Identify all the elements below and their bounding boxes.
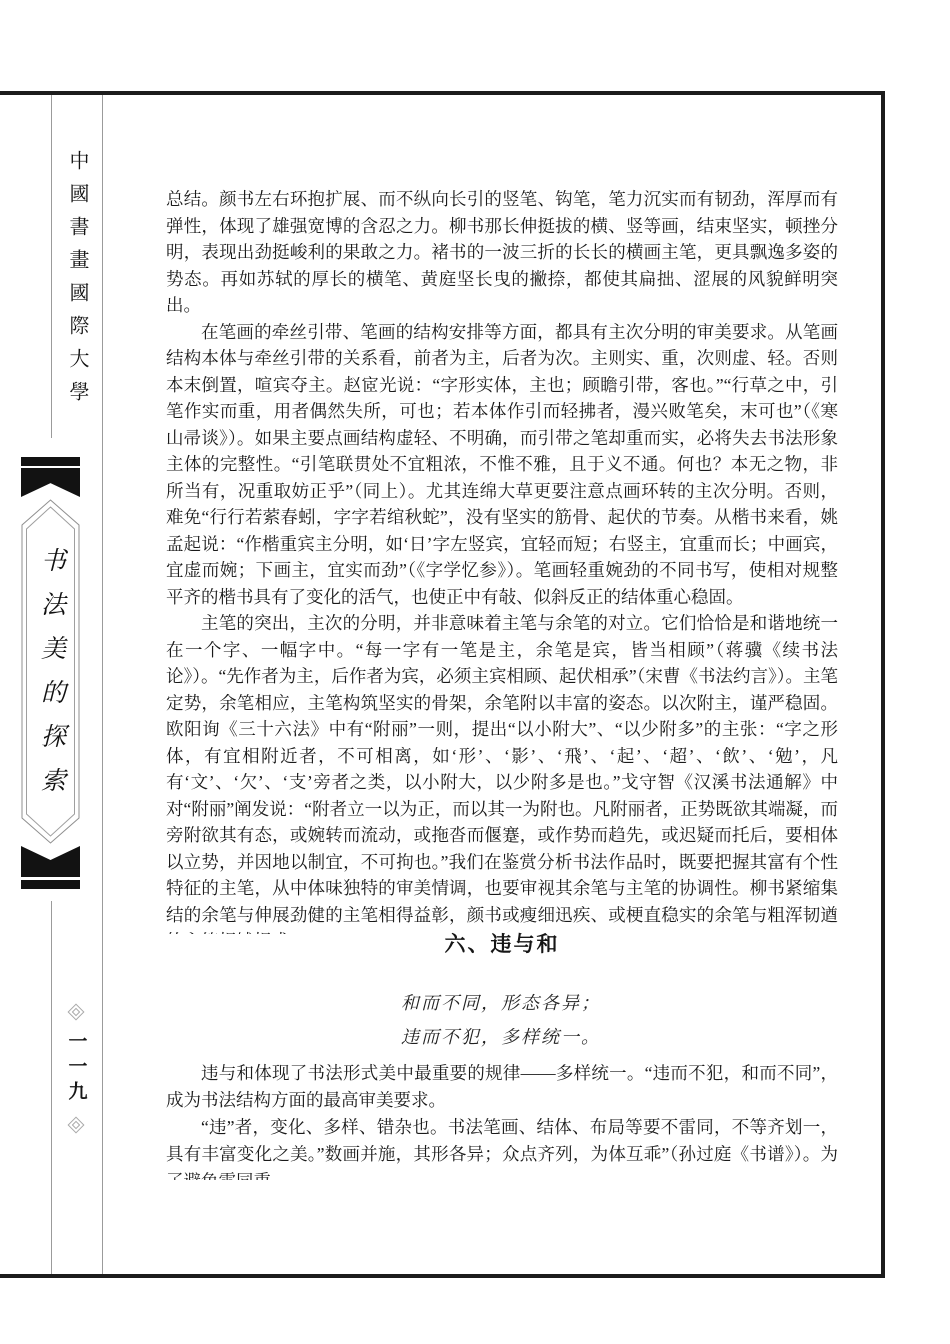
banner-hexagon-frame: 书法美的探索	[21, 499, 80, 844]
series-title: 书法美的探索	[21, 499, 80, 844]
paragraph-continued: 总结。颜书左右环抱扩展、而不纵向长引的竖笔、钩笔，笔力沉实而有韧劲，浑厚而有弹性…	[166, 186, 838, 319]
paragraph: 违与和体现了书法形式美中最重要的规律——多样统一。“违而不犯，和而不同”，成为书…	[166, 1060, 838, 1114]
paragraph: 主笔的突出，主次的分明，并非意味着主笔与余笔的对立。它们恰恰是和谐地统一在一个字…	[166, 610, 838, 934]
folio-block: 一一九	[58, 1003, 94, 1134]
verse-block: 和而不同，形态各异； 违而不犯，多样统一。	[401, 986, 601, 1054]
diamond-ornament-icon	[68, 1117, 85, 1134]
spine-rule-right	[102, 95, 103, 1274]
page-frame-top-border	[0, 91, 885, 95]
paragraph: “违”者，变化、多样、错杂也。书法笔画、结体、布局等要不雷同，不等齐划一，具有丰…	[166, 1114, 838, 1180]
paragraph: 在笔画的牵丝引带、笔画的结构安排等方面，都具有主次分明的审美要求。从笔画结构本体…	[166, 319, 838, 611]
spine-rule-left-upper	[51, 95, 52, 438]
spine-university-title: 中國書畫國際大學	[63, 150, 92, 414]
body-text: 总结。颜书左右环抱扩展、而不纵向长引的竖笔、钩笔，笔力沉实而有韧劲，浑厚而有弹性…	[166, 186, 838, 934]
spine-rule-left-lower	[51, 901, 52, 1274]
section-text: 违与和体现了书法形式美中最重要的规律——多样统一。“违而不犯，和而不同”，成为书…	[166, 1060, 838, 1180]
page-frame-right-border	[881, 91, 885, 1278]
page-number: 一一九	[63, 1031, 90, 1106]
banner-bottom-ribbon-icon	[21, 846, 80, 877]
banner-bottom-bar	[21, 880, 80, 889]
section-heading: 六、违与和	[166, 928, 838, 958]
diamond-ornament-icon	[68, 1004, 85, 1021]
verse-line: 和而不同，形态各异；	[401, 986, 601, 1020]
page-frame-bottom-border	[0, 1274, 885, 1278]
banner-top-ribbon-icon	[21, 468, 80, 497]
banner-top-bar	[21, 457, 80, 466]
verse-line: 违而不犯，多样统一。	[401, 1020, 601, 1054]
series-title-banner: 书法美的探索	[21, 457, 80, 889]
